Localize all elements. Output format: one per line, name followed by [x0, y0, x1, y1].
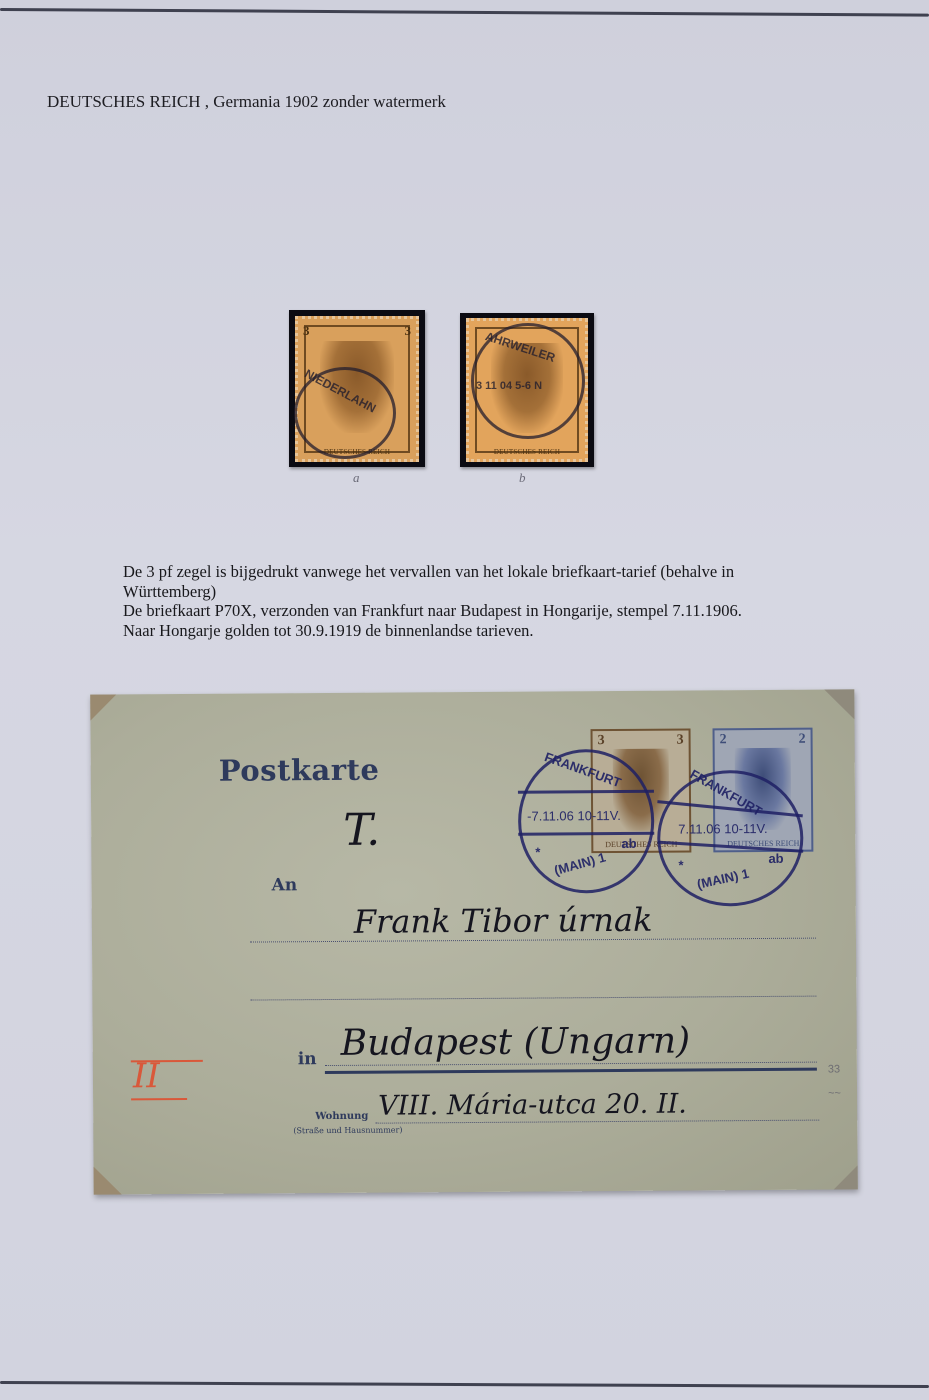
postmark-star: * [678, 858, 683, 873]
top-page-rule [0, 8, 929, 17]
stamp-value-right: 2 [799, 732, 806, 748]
city-underline [325, 1068, 817, 1074]
cancellation-mark: NIEDERLAHN [294, 367, 396, 459]
postmark-suffix: ab [621, 836, 636, 851]
description-line: Naar Hongarje golden tot 30.9.1919 de bi… [123, 621, 823, 641]
postmark-sub: (MAIN) 1 [552, 850, 607, 878]
postmark-bar [518, 790, 654, 794]
stamp-value-left: 2 [720, 732, 727, 748]
stamp-country: DEUTSCHES REICH [469, 448, 585, 456]
bottom-page-rule [0, 1381, 929, 1388]
postcard-title: Postkarte [219, 753, 380, 788]
cancellation-text: AHRWEILER [484, 329, 557, 365]
stamp-value-left: 3 [598, 733, 605, 749]
handwritten-address: VIII. Mária-utca 20. II. [378, 1089, 687, 1122]
stamp-value-right: 3 [405, 323, 412, 339]
address-line-2 [250, 996, 816, 1001]
cancellation-mark: AHRWEILER 3 11 04 5-6 N [471, 323, 585, 439]
page-title: DEUTSCHES REICH , Germania 1902 zonder w… [47, 92, 446, 112]
description-line: De briefkaart P70X, verzonden van Frankf… [123, 601, 823, 621]
photo-corner [824, 689, 854, 719]
pencil-number: 33 [828, 1063, 840, 1075]
postmark-suffix: ab [768, 851, 783, 866]
postmark-star: * [535, 845, 540, 860]
cancellation-text: NIEDERLAHN [302, 366, 378, 415]
stamp-mount-b: DEUTSCHES REICH AHRWEILER 3 11 04 5-6 N [460, 313, 594, 467]
stamp-a: 3 3 DEUTSCHES REICH NIEDERLAHN [295, 316, 419, 462]
postmark-date: -7.11.06 10-11V. [527, 808, 621, 824]
handwritten-city: Budapest (Ungarn) [341, 1020, 691, 1063]
photo-corner [94, 1166, 122, 1194]
stamp-mount-a: 3 3 DEUTSCHES REICH NIEDERLAHN [289, 310, 425, 467]
label-in: in [298, 1049, 317, 1069]
description-text: De 3 pf zegel is bijgedrukt vanwege het … [123, 562, 823, 640]
stamp-value-left: 3 [303, 323, 310, 339]
description-line: De 3 pf zegel is bijgedrukt vanwege het … [123, 562, 823, 601]
stamp-label-b: b [519, 470, 526, 486]
postmark-frankfurt-1: FRANKFURT -7.11.06 10-11V. * (MAIN) 1 ab [518, 749, 655, 894]
label-wohnung: Wohnung [315, 1111, 368, 1122]
stamp-b: DEUTSCHES REICH AHRWEILER 3 11 04 5-6 N [466, 318, 588, 462]
label-an: An [272, 875, 298, 895]
postmark-city: FRANKFURT [543, 749, 624, 790]
postcard: Postkarte 3 3 DEUTSCHES REICH 2 2 DEUTSC… [90, 689, 857, 1194]
photo-corner [90, 694, 116, 720]
stamp-value-right: 3 [677, 733, 684, 749]
photo-corner [834, 1165, 858, 1189]
postmark-date: 7.11.06 10-11V. [678, 821, 768, 837]
label-wohnung-sub: (Straße und Hausnummer) [293, 1126, 402, 1136]
red-mark-bottom [131, 1098, 187, 1100]
cancellation-date: 3 11 04 5-6 N [476, 380, 542, 392]
stamp-label-a: a [353, 470, 360, 486]
postmark-frankfurt-2: FRANKFURT 7.11.06 10-11V. * (MAIN) 1 ab [657, 770, 804, 907]
handwritten-recipient: Frank Tibor úrnak [354, 901, 653, 941]
handwritten-salutation: T. [343, 805, 380, 856]
red-annotation: II [133, 1056, 160, 1096]
pencil-scribble: ~~ [828, 1087, 841, 1099]
postmark-sub: (MAIN) 1 [696, 866, 751, 892]
